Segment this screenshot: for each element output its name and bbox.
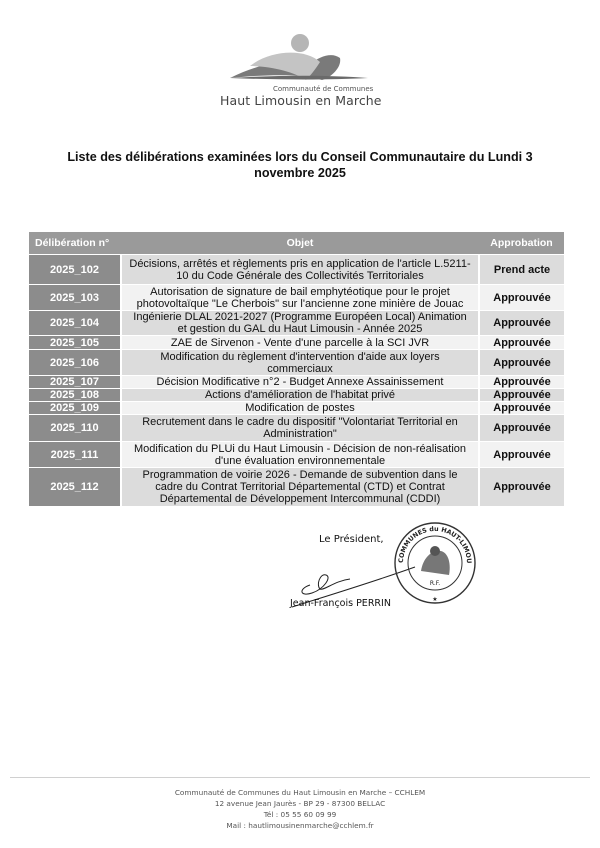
logo-subtitle: Communauté de Communes bbox=[273, 85, 373, 93]
table-row: 2025_108Actions d'amélioration de l'habi… bbox=[29, 389, 564, 402]
table-row: 2025_112Programmation de voirie 2026 - D… bbox=[29, 468, 564, 507]
footer-contact: Communauté de Communes du Haut Limousin … bbox=[100, 787, 500, 831]
object-line: Départemental de Développement Intercomm… bbox=[125, 493, 475, 505]
logo-graphic-icon bbox=[210, 28, 390, 88]
official-stamp-icon: R.F. COMMUNES du HAUT-LIMOUSIN ★ bbox=[393, 521, 477, 605]
table-row: 2025_110Recrutement dans le cadre du dis… bbox=[29, 415, 564, 442]
deliberation-number: 2025_108 bbox=[29, 389, 121, 402]
deliberation-object: Modification du règlement d'intervention… bbox=[121, 350, 479, 376]
object-line: ZAE de Sirvenon - Vente d'une parcelle à… bbox=[125, 337, 475, 349]
table-row: 2025_103Autorisation de signature de bai… bbox=[29, 285, 564, 311]
deliberation-object: Actions d'amélioration de l'habitat priv… bbox=[121, 389, 479, 402]
deliberation-object: Modification de postes bbox=[121, 402, 479, 415]
object-line: Autorisation de signature de bail emphyt… bbox=[125, 286, 475, 298]
object-line: Ingénierie DLAL 2021-2027 (Programme Eur… bbox=[125, 311, 475, 323]
object-line: et gestion du GAL du Haut Limousin - Ann… bbox=[125, 323, 475, 335]
signatory-role: Le Président, bbox=[319, 534, 384, 545]
approval-status: Approuvée bbox=[479, 376, 564, 389]
table-row: 2025_106Modification du règlement d'inte… bbox=[29, 350, 564, 376]
deliberation-number: 2025_102 bbox=[29, 255, 121, 285]
approval-status: Approuvée bbox=[479, 442, 564, 468]
approval-status: Prend acte bbox=[479, 255, 564, 285]
approval-status: Approuvée bbox=[479, 402, 564, 415]
object-line: Modification du règlement d'intervention… bbox=[125, 351, 475, 363]
deliberation-object: ZAE de Sirvenon - Vente d'une parcelle à… bbox=[121, 336, 479, 350]
object-line: Modification du PLUi du Haut Limousin - … bbox=[125, 443, 475, 455]
svg-text:★: ★ bbox=[432, 596, 437, 603]
approval-status: Approuvée bbox=[479, 336, 564, 350]
footer-organization: Communauté de Communes du Haut Limousin … bbox=[100, 787, 500, 798]
object-line: Programmation de voirie 2026 - Demande d… bbox=[125, 469, 475, 481]
column-header-approval: Approbation bbox=[479, 232, 564, 255]
deliberation-object: Recrutement dans le cadre du dispositif … bbox=[121, 415, 479, 442]
organization-logo: Communauté de Communes Haut Limousin en … bbox=[210, 28, 390, 110]
column-header-object: Objet bbox=[121, 232, 479, 255]
deliberation-number: 2025_112 bbox=[29, 468, 121, 507]
deliberation-object: Modification du PLUi du Haut Limousin - … bbox=[121, 442, 479, 468]
deliberation-number: 2025_105 bbox=[29, 336, 121, 350]
table-row: 2025_105ZAE de Sirvenon - Vente d'une pa… bbox=[29, 336, 564, 350]
deliberation-number: 2025_111 bbox=[29, 442, 121, 468]
svg-text:R.F.: R.F. bbox=[430, 580, 440, 587]
table-row: 2025_104Ingénierie DLAL 2021-2027 (Progr… bbox=[29, 311, 564, 336]
footer-phone: Tél : 05 55 60 09 99 bbox=[100, 809, 500, 820]
object-line: commerciaux bbox=[125, 363, 475, 375]
footer-divider bbox=[10, 777, 590, 778]
table-row: 2025_111Modification du PLUi du Haut Lim… bbox=[29, 442, 564, 468]
object-line: cadre du Contrat Territorial Département… bbox=[125, 481, 475, 493]
deliberation-number: 2025_107 bbox=[29, 376, 121, 389]
object-line: d'une évaluation environnementale bbox=[125, 455, 475, 467]
deliberation-object: Ingénierie DLAL 2021-2027 (Programme Eur… bbox=[121, 311, 479, 336]
approval-status: Approuvée bbox=[479, 468, 564, 507]
approval-status: Approuvée bbox=[479, 415, 564, 442]
logo-name: Haut Limousin en Marche bbox=[220, 93, 382, 108]
signatory-name: Jean-François PERRIN bbox=[290, 598, 391, 609]
table-row: 2025_107Décision Modificative n°2 - Budg… bbox=[29, 376, 564, 389]
table-row: 2025_109Modification de postesApprouvée bbox=[29, 402, 564, 415]
deliberations-table: Délibération n° Objet Approbation 2025_1… bbox=[29, 232, 564, 507]
deliberation-object: Programmation de voirie 2026 - Demande d… bbox=[121, 468, 479, 507]
deliberation-object: Décisions, arrêtés et règlements pris en… bbox=[121, 255, 479, 285]
deliberation-number: 2025_104 bbox=[29, 311, 121, 336]
deliberation-number: 2025_103 bbox=[29, 285, 121, 311]
object-line: Modification de postes bbox=[125, 402, 475, 414]
deliberation-number: 2025_109 bbox=[29, 402, 121, 415]
object-line: photovoltaïque "Le Cherbois" sur l'ancie… bbox=[125, 298, 475, 310]
deliberation-object: Autorisation de signature de bail emphyt… bbox=[121, 285, 479, 311]
object-line: Décision Modificative n°2 - Budget Annex… bbox=[125, 376, 475, 388]
table-header-row: Délibération n° Objet Approbation bbox=[29, 232, 564, 255]
approval-status: Approuvée bbox=[479, 350, 564, 376]
approval-status: Approuvée bbox=[479, 311, 564, 336]
deliberation-number: 2025_110 bbox=[29, 415, 121, 442]
approval-status: Approuvée bbox=[479, 285, 564, 311]
footer-email[interactable]: Mail : hautlimousinenmarche@cchlem.fr bbox=[100, 820, 500, 831]
title-line-2: novembre 2025 bbox=[40, 165, 560, 181]
object-line: Actions d'amélioration de l'habitat priv… bbox=[125, 389, 475, 401]
title-line-1: Liste des délibérations examinées lors d… bbox=[40, 149, 560, 165]
object-line: Administration" bbox=[125, 428, 475, 440]
footer-address: 12 avenue Jean Jaurès - BP 29 - 87300 BE… bbox=[100, 798, 500, 809]
deliberation-number: 2025_106 bbox=[29, 350, 121, 376]
table-row: 2025_102Décisions, arrêtés et règlements… bbox=[29, 255, 564, 285]
page-title: Liste des délibérations examinées lors d… bbox=[40, 149, 560, 181]
column-header-number: Délibération n° bbox=[29, 232, 121, 255]
deliberation-object: Décision Modificative n°2 - Budget Annex… bbox=[121, 376, 479, 389]
approval-status: Approuvée bbox=[479, 389, 564, 402]
object-line: 10 du Code Générale des Collectivités Te… bbox=[125, 270, 475, 282]
object-line: Recrutement dans le cadre du dispositif … bbox=[125, 416, 475, 428]
object-line: Décisions, arrêtés et règlements pris en… bbox=[125, 258, 475, 270]
